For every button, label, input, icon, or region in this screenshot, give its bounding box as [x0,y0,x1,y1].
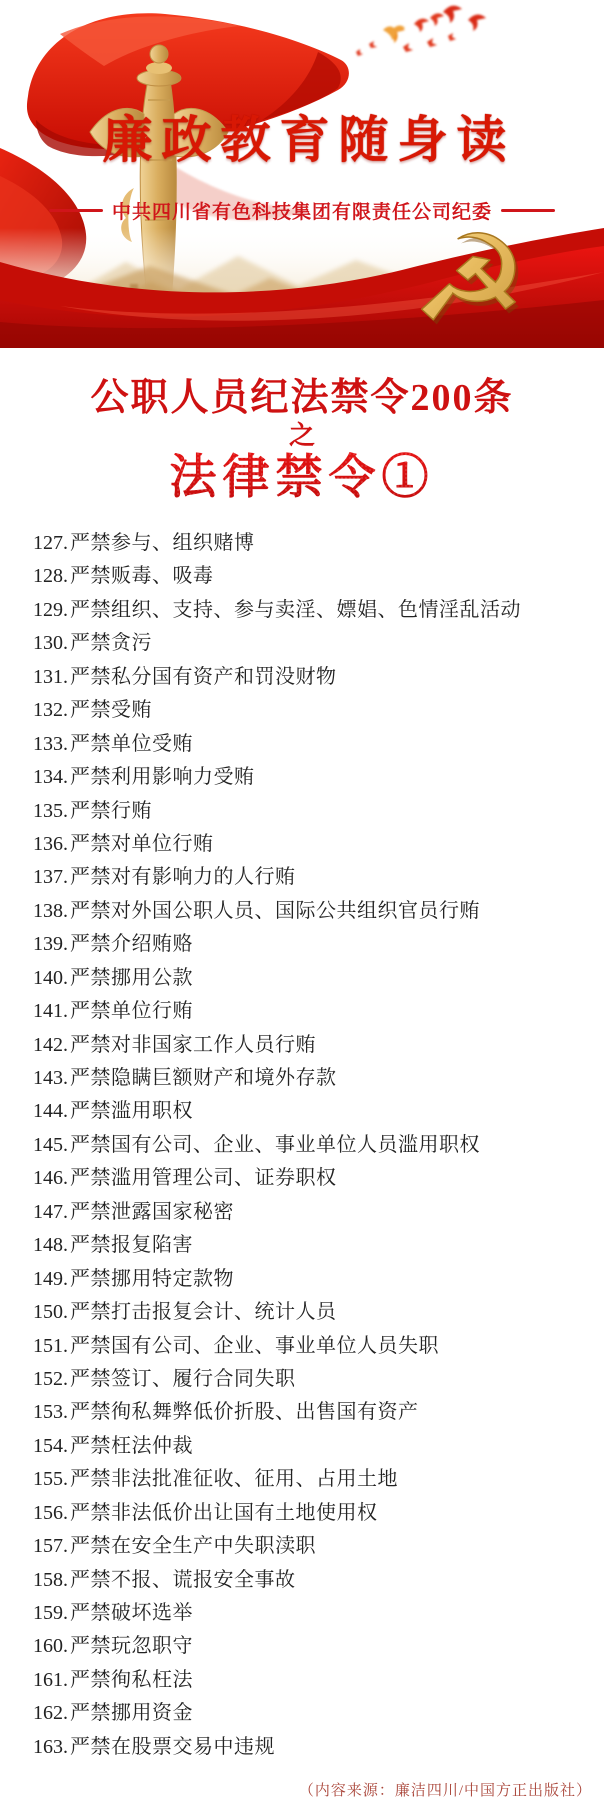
list-item: 151.严禁国有公司、企业、事业单位人员失职 [33,1330,598,1363]
list-item: 152.严禁签订、履行合同失职 [33,1363,598,1396]
list-item: 163.严禁在股票交易中违规 [33,1731,598,1764]
item-number: 148. [33,1234,68,1256]
item-text: 严禁打击报复会计、统计人员 [70,1301,337,1323]
list-item: 146.严禁滥用管理公司、证券职权 [33,1162,598,1195]
list-item: 158.严禁不报、谎报安全事故 [33,1564,598,1597]
list-item: 135.严禁行贿 [33,795,598,828]
item-number: 142. [33,1034,68,1056]
item-number: 145. [33,1134,68,1156]
item-text: 严禁行贿 [70,800,152,822]
list-item: 127.严禁参与、组织赌博 [33,527,598,560]
list-item: 130.严禁贪污 [33,627,598,660]
org-subtitle-row: 中共四川省有色科技集团有限责任公司纪委 [0,197,604,224]
list-item: 141.严禁单位行贿 [33,995,598,1028]
item-number: 154. [33,1435,68,1457]
list-item: 156.严禁非法低价出让国有土地使用权 [33,1497,598,1530]
list-item: 155.严禁非法批准征收、征用、占用土地 [33,1463,598,1496]
item-text: 严禁徇私枉法 [70,1669,193,1691]
source-note: （内容来源：廉洁四川/中国方正出版社） [299,1779,592,1800]
item-number: 130. [33,632,68,654]
item-text: 严禁挪用公款 [70,967,193,989]
list-item: 145.严禁国有公司、企业、事业单位人员滥用职权 [33,1129,598,1162]
item-text: 严禁参与、组织赌博 [70,532,255,554]
list-item: 159.严禁破坏选举 [33,1597,598,1630]
list-item: 132.严禁受贿 [33,694,598,727]
item-number: 151. [33,1335,68,1357]
item-number: 141. [33,1000,68,1022]
item-number: 132. [33,699,68,721]
list-item: 150.严禁打击报复会计、统计人员 [33,1296,598,1329]
list-item: 129.严禁组织、支持、参与卖淫、嫖娼、色情淫乱活动 [33,594,598,627]
list-item: 149.严禁挪用特定款物 [33,1263,598,1296]
list-item: 162.严禁挪用资金 [33,1697,598,1730]
list-item: 154.严禁枉法仲裁 [33,1430,598,1463]
section-subtitle: 法律禁令① [0,452,604,504]
right-dash-rule [501,209,555,212]
list-item: 160.严禁玩忽职守 [33,1630,598,1663]
item-number: 133. [33,733,68,755]
item-number: 138. [33,900,68,922]
hero-banner: ☭ ☭ 廉政教育随身读 中共四川省有色科技集团有限责任公司纪委 [0,0,604,348]
item-number: 134. [33,766,68,788]
section-title-block: 公职人员纪法禁令200条 之 法律禁令① [0,376,604,504]
item-text: 严禁非法低价出让国有土地使用权 [70,1502,378,1524]
item-text: 严禁贩毒、吸毒 [70,565,214,587]
section-connector: 之 [0,420,604,452]
item-number: 152. [33,1368,68,1390]
list-item: 137.严禁对有影响力的人行贿 [33,861,598,894]
list-item: 142.严禁对非国家工作人员行贿 [33,1029,598,1062]
item-number: 163. [33,1736,68,1758]
doves-icon [356,6,486,56]
item-number: 143. [33,1067,68,1089]
item-text: 严禁在股票交易中违规 [70,1736,275,1758]
list-item: 140.严禁挪用公款 [33,962,598,995]
item-text: 严禁私分国有资产和罚没财物 [70,666,337,688]
item-text: 严禁隐瞒巨额财产和境外存款 [70,1067,337,1089]
item-text: 严禁国有公司、企业、事业单位人员滥用职权 [70,1134,480,1156]
poster-page: ☭ ☭ 廉政教育随身读 中共四川省有色科技集团有限责任公司纪委 公职人员纪法禁令… [0,0,604,1814]
list-item: 136.严禁对单位行贿 [33,828,598,861]
item-number: 157. [33,1535,68,1557]
item-number: 160. [33,1635,68,1657]
item-text: 严禁在安全生产中失职渎职 [70,1535,316,1557]
item-number: 156. [33,1502,68,1524]
item-number: 150. [33,1301,68,1323]
item-text: 严禁对有影响力的人行贿 [70,866,296,888]
item-text: 严禁对外国公职人员、国际公共组织官员行贿 [70,900,480,922]
item-number: 137. [33,866,68,888]
item-number: 158. [33,1569,68,1591]
item-number: 140. [33,967,68,989]
item-number: 153. [33,1401,68,1423]
list-item: 131.严禁私分国有资产和罚没财物 [33,661,598,694]
item-text: 严禁滥用管理公司、证券职权 [70,1167,337,1189]
item-number: 139. [33,933,68,955]
item-number: 135. [33,800,68,822]
item-number: 159. [33,1602,68,1624]
list-item: 148.严禁报复陷害 [33,1229,598,1262]
list-item: 157.严禁在安全生产中失职渎职 [33,1530,598,1563]
item-number: 136. [33,833,68,855]
item-text: 严禁受贿 [70,699,152,721]
item-number: 161. [33,1669,68,1691]
list-item: 161.严禁徇私枉法 [33,1664,598,1697]
brand-title: 廉政教育随身读 [0,100,604,172]
item-text: 严禁破坏选举 [70,1602,193,1624]
item-text: 严禁国有公司、企业、事业单位人员失职 [70,1335,439,1357]
item-number: 162. [33,1702,68,1724]
item-text: 严禁枉法仲裁 [70,1435,193,1457]
item-text: 严禁单位受贿 [70,733,193,755]
list-item: 133.严禁单位受贿 [33,728,598,761]
item-text: 严禁单位行贿 [70,1000,193,1022]
item-text: 严禁对非国家工作人员行贿 [70,1034,316,1056]
item-text: 严禁挪用特定款物 [70,1268,234,1290]
list-item: 134.严禁利用影响力受贿 [33,761,598,794]
item-text: 严禁不报、谎报安全事故 [70,1569,296,1591]
prohibition-list: 127.严禁参与、组织赌博 128.严禁贩毒、吸毒 129.严禁组织、支持、参与… [33,527,598,1764]
list-item: 144.严禁滥用职权 [33,1095,598,1128]
item-text: 严禁贪污 [70,632,152,654]
list-item: 139.严禁介绍贿赂 [33,928,598,961]
item-number: 155. [33,1468,68,1490]
list-item: 147.严禁泄露国家秘密 [33,1196,598,1229]
item-text: 严禁对单位行贿 [70,833,214,855]
item-number: 127. [33,532,68,554]
list-item: 128.严禁贩毒、吸毒 [33,560,598,593]
item-text: 严禁报复陷害 [70,1234,193,1256]
item-text: 严禁利用影响力受贿 [70,766,255,788]
item-text: 严禁挪用资金 [70,1702,193,1724]
list-item: 153.严禁徇私舞弊低价折股、出售国有资产 [33,1396,598,1429]
item-text: 严禁滥用职权 [70,1100,193,1122]
section-title: 公职人员纪法禁令200条 [0,376,604,420]
list-item: 143.严禁隐瞒巨额财产和境外存款 [33,1062,598,1095]
org-subtitle: 中共四川省有色科技集团有限责任公司纪委 [112,197,492,224]
item-text: 严禁介绍贿赂 [70,933,193,955]
item-number: 144. [33,1100,68,1122]
item-number: 146. [33,1167,68,1189]
item-text: 严禁组织、支持、参与卖淫、嫖娼、色情淫乱活动 [70,599,521,621]
left-dash-rule [49,209,103,212]
hero-art: ☭ ☭ [0,0,604,348]
list-item: 138.严禁对外国公职人员、国际公共组织官员行贿 [33,895,598,928]
item-text: 严禁非法批准征收、征用、占用土地 [70,1468,398,1490]
item-number: 147. [33,1201,68,1223]
item-text: 严禁徇私舞弊低价折股、出售国有资产 [70,1401,419,1423]
item-number: 128. [33,565,68,587]
item-number: 131. [33,666,68,688]
item-text: 严禁泄露国家秘密 [70,1201,234,1223]
item-number: 129. [33,599,68,621]
item-text: 严禁签订、履行合同失职 [70,1368,296,1390]
item-text: 严禁玩忽职守 [70,1635,193,1657]
item-number: 149. [33,1268,68,1290]
